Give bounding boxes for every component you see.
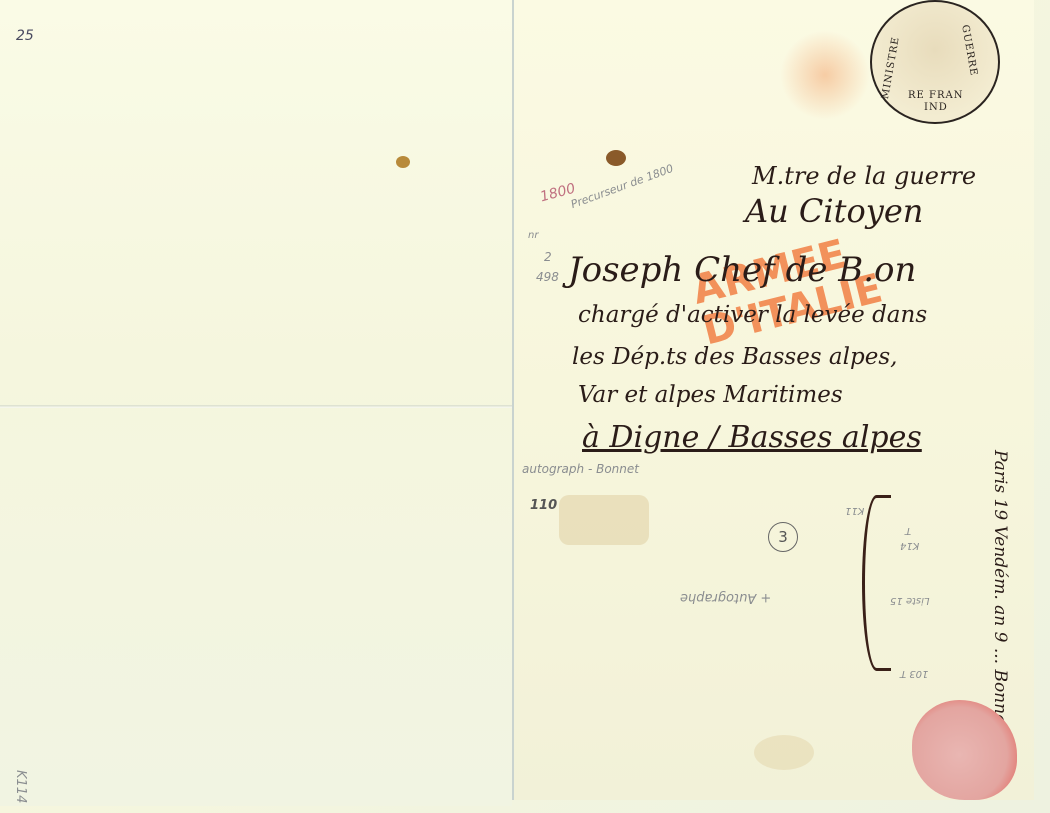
pencil-number: 2 <box>544 250 552 264</box>
pencil-marker: 110 <box>530 498 557 513</box>
pencil-k-mark: 103 T <box>900 668 928 679</box>
ministry-seal: MINISTRE GUERRE RE FRAN IND <box>870 0 1000 124</box>
tape-stain <box>559 495 649 545</box>
red-ink-smudge <box>780 30 870 120</box>
page-number: 25 <box>16 28 34 44</box>
paper-stain <box>754 735 814 770</box>
pencil-number: nr <box>528 230 538 241</box>
vertical-annotation: Paris 19 Vendém. an 9 ... Bonnaud <box>990 450 1010 746</box>
address-line-6: Var et alpes Maritimes <box>578 382 843 408</box>
address-line-7: à Digne / Basses alpes <box>582 420 922 455</box>
upside-down-note: + Autographe <box>680 590 771 605</box>
pencil-number: 498 <box>536 270 559 284</box>
address-line-3: Joseph Chef de B.on <box>568 250 916 290</box>
rust-spot <box>396 156 410 168</box>
pencil-k-mark: K14 <box>900 540 919 551</box>
rust-spot <box>606 150 626 166</box>
pencil-bottom-note: autograph - Bonnet <box>522 462 639 476</box>
circled-number: 3 <box>768 522 798 552</box>
address-line-2: Au Citoyen <box>745 192 923 230</box>
address-line-4: chargé d'activer la levée dans <box>578 302 927 328</box>
pencil-k-mark: K11 <box>845 505 864 516</box>
pencil-k-mark: T <box>905 525 911 536</box>
left-panel: 25 K114 <box>0 0 512 806</box>
address-line-1: M.tre de la guerre <box>752 162 976 190</box>
reference-mark: K114 <box>13 770 28 803</box>
pencil-k-mark: Liste 15 <box>890 595 930 606</box>
letter-scan: 25 K114 MINISTRE GUERRE RE FRAN IND ARME… <box>0 0 1050 813</box>
address-line-5: les Dép.ts des Basses alpes, <box>572 344 897 370</box>
brace-mark <box>862 495 891 671</box>
